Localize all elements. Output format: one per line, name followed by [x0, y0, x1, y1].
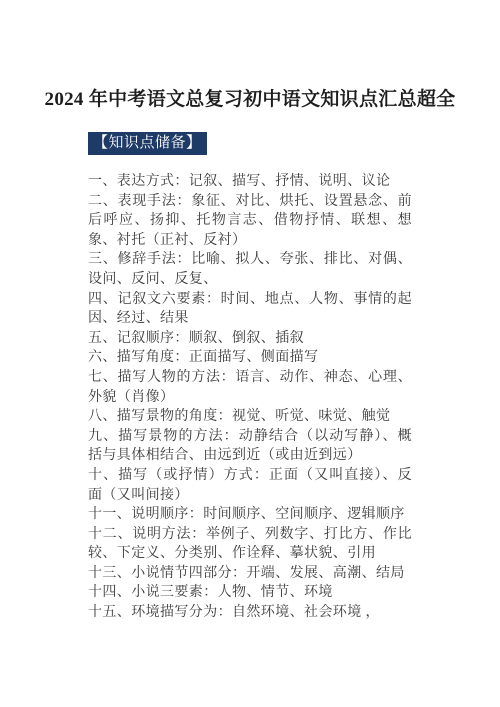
section-badge: 【知识点储备】	[88, 132, 207, 155]
knowledge-point-item: 七、描写人物的方法：语言、动作、神态、心理、外貌（肖像）	[88, 368, 412, 407]
knowledge-points-list: 一、表达方式：记叙、描写、抒情、说明、议论 二、表现手法：象征、对比、烘托、设置…	[88, 172, 412, 623]
knowledge-point-item: 十二、说明方法：举例子、列数字、打比方、作比较、下定义、分类别、作诠释、摹状貌、…	[88, 525, 412, 564]
knowledge-point-item: 八、描写景物的角度：视觉、听觉、味觉、触觉	[88, 407, 412, 427]
knowledge-point-item: 十四、小说三要素：人物、情节、环境	[88, 583, 412, 603]
document-body: 【知识点储备】 一、表达方式：记叙、描写、抒情、说明、议论 二、表现手法：象征、…	[88, 111, 412, 623]
knowledge-point-item: 十五、环境描写分为：自然环境、社会环境 ，	[88, 603, 412, 623]
knowledge-point-item: 二、表现手法：象征、对比、烘托、设置悬念、前后呼应、扬抑、托物言志、借物抒情、联…	[88, 192, 412, 251]
knowledge-point-item: 十、描写（或抒情）方式：正面（又叫直接）、反面（又叫间接）	[88, 466, 412, 505]
knowledge-point-item: 一、表达方式：记叙、描写、抒情、说明、议论	[88, 172, 412, 192]
document-page: 2024 年中考语文总复习初中语文知识点汇总超全 【知识点储备】 一、表达方式：…	[0, 0, 500, 707]
knowledge-point-item: 九、描写景物的方法：动静结合（以动写静）、概括与具体相结合、由远到近（或由近到远…	[88, 427, 412, 466]
knowledge-point-item: 三、修辞手法：比喻、拟人、夸张、排比、对偶、设问、反问、反复、	[88, 250, 412, 289]
page-title: 2024 年中考语文总复习初中语文知识点汇总超全	[0, 0, 500, 111]
knowledge-point-item: 十一、说明顺序：时间顺序、空间顺序、逻辑顺序	[88, 505, 412, 525]
knowledge-point-item: 五、记叙顺序：顺叙、倒叙、插叙	[88, 329, 412, 349]
knowledge-point-item: 六、描写角度：正面描写、侧面描写	[88, 348, 412, 368]
knowledge-point-item: 四、记叙文六要素：时间、地点、人物、事情的起因、经过、结果	[88, 290, 412, 329]
knowledge-point-item: 十三、小说情节四部分：开端、发展、高潮、结局	[88, 564, 412, 584]
